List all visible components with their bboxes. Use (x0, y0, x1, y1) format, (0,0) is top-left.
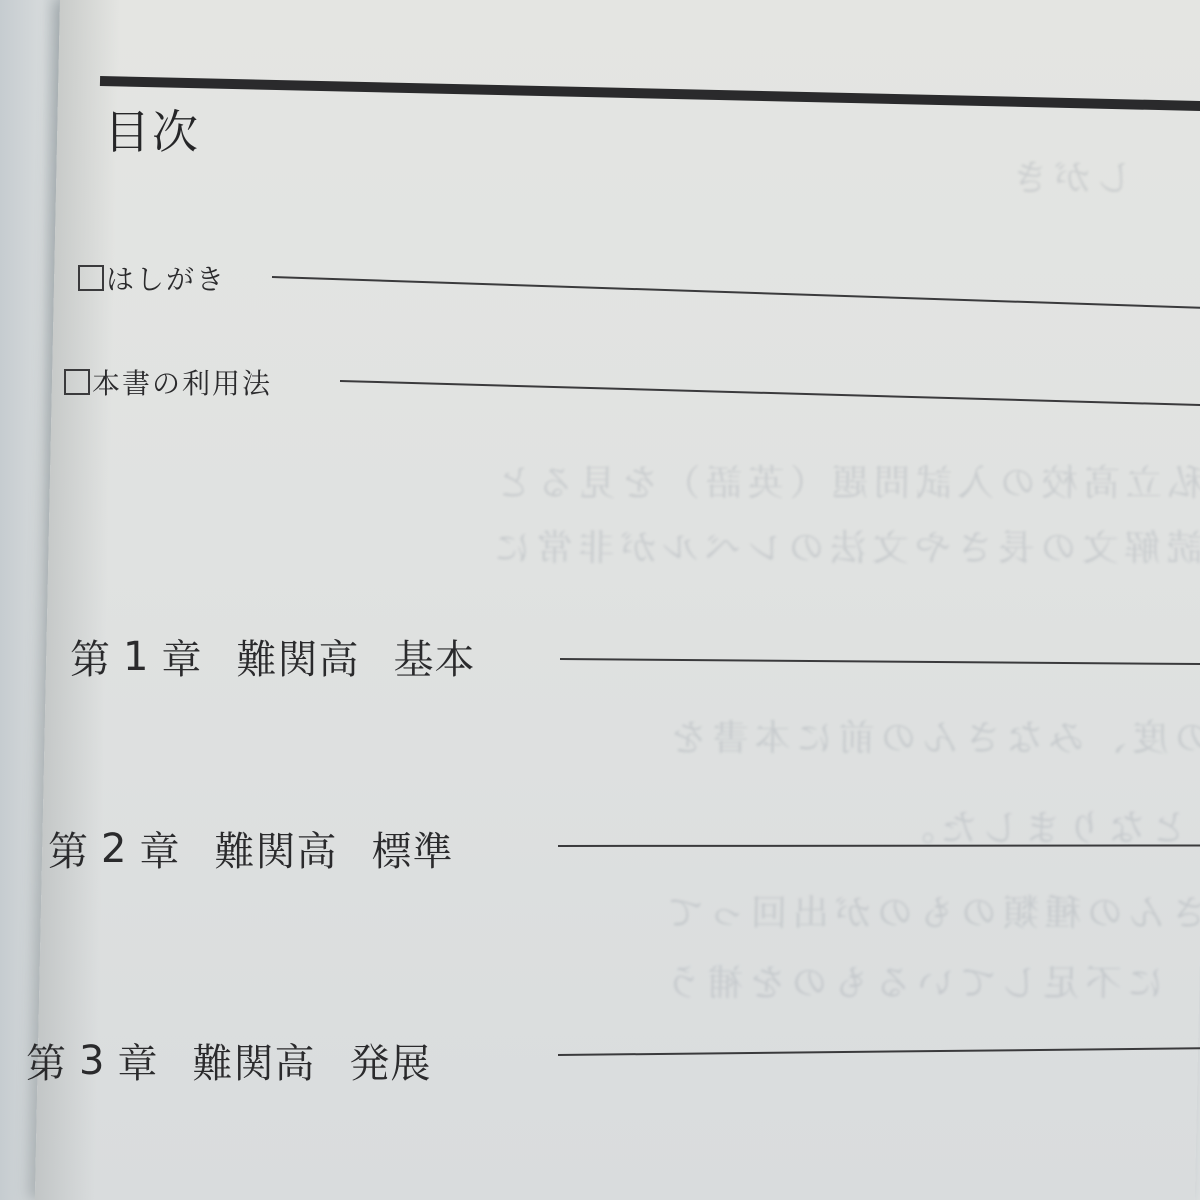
chapter-number: 3 (79, 1038, 105, 1084)
show-through-text: となりました。 (892, 800, 1187, 851)
show-through-text: に不足しているものを補う (659, 955, 1164, 1006)
checkbox-icon (78, 265, 104, 291)
show-through-text: しがき (1006, 150, 1133, 201)
chapter-suffix: 章 (161, 628, 202, 685)
page-title: 目次 (104, 96, 200, 162)
toc-entry-chapter-2: 第 2 章 難関高 標準 (48, 820, 453, 877)
show-through-text: の私立高校の入試問題（英語）を見ると (489, 455, 1200, 506)
show-through-text: かりです。読解文の長さや文法のレベルが非常に (488, 520, 1200, 571)
chapter-prefix: 第 (48, 820, 89, 877)
toc-entry-chapter-3: 第 3 章 難関高 発展 (26, 1032, 431, 1089)
show-through-text: この度、みなさんの前に本書を (664, 710, 1200, 761)
toc-entry-label: 本書の利用法 (92, 362, 272, 402)
toc-page: しがき の私立高校の入試問題（英語）を見ると かりです。読解文の長さや文法のレベ… (35, 0, 1200, 1200)
chapter-number: 2 (101, 826, 127, 872)
chapter-suffix: 章 (117, 1032, 158, 1089)
toc-entry-how-to-use: 本書の利用法 (64, 362, 272, 402)
chapter-series: 難関高 (236, 628, 359, 685)
chapter-series: 難関高 (192, 1032, 315, 1089)
chapter-series: 難関高 (214, 820, 337, 877)
toc-entry-label: はしがき (106, 258, 226, 298)
book-photo: しがき の私立高校の入試問題（英語）を見ると かりです。読解文の長さや文法のレベ… (0, 0, 1200, 1200)
chapter-level: 基本 (393, 628, 475, 685)
toc-entry-chapter-1: 第 1 章 難関高 基本 (70, 628, 475, 685)
chapter-prefix: 第 (26, 1032, 67, 1089)
chapter-number: 1 (123, 634, 149, 680)
checkbox-icon (64, 369, 90, 395)
chapter-level: 発展 (349, 1032, 431, 1089)
chapter-prefix: 第 (70, 628, 111, 685)
chapter-suffix: 章 (139, 820, 180, 877)
chapter-level: 標準 (371, 820, 453, 877)
toc-entry-preface: はしがき (78, 258, 226, 298)
show-through-text: 問題集はたくさんの種類のものが出回って (660, 885, 1200, 936)
